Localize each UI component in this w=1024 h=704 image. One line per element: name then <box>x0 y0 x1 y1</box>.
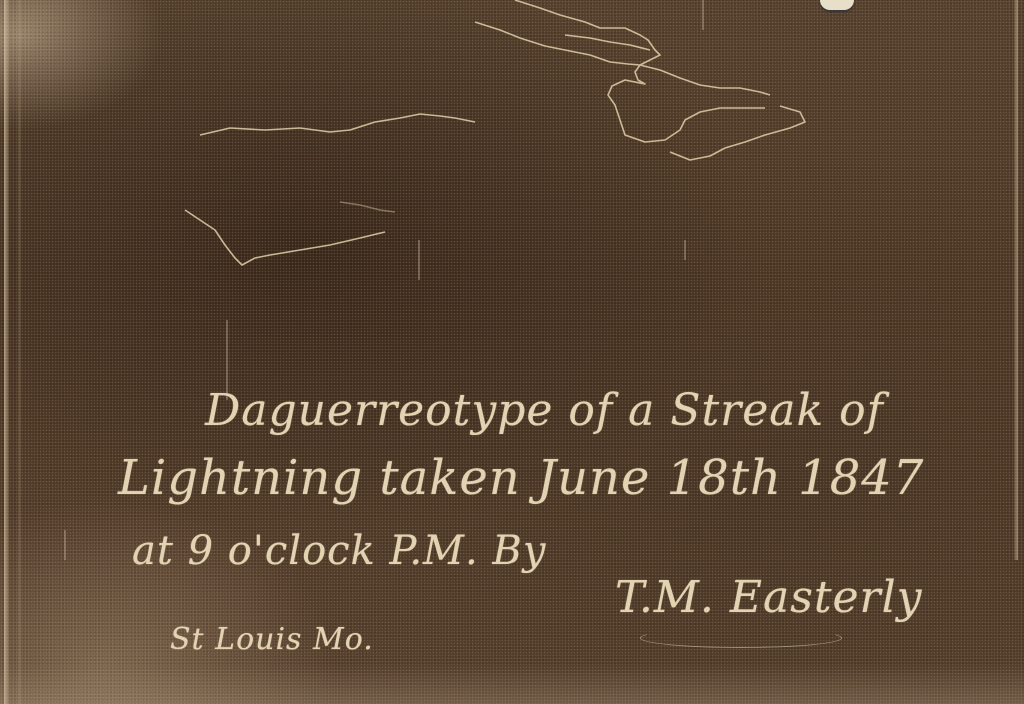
signature-flourish <box>640 628 842 648</box>
daguerreotype-plate: Daguerreotype of a Streak of Lightning t… <box>0 0 1024 704</box>
plate-scratch <box>418 240 420 280</box>
plate-scratch <box>684 240 686 260</box>
photographer-signature: T.M. Easterly <box>615 572 923 623</box>
plate-bottom-tarnish <box>0 664 1024 704</box>
plate-left-edge <box>4 0 9 704</box>
inscription-place: St Louis Mo. <box>170 622 374 657</box>
inscription-line-1: Daguerreotype of a Streak of <box>205 385 884 436</box>
plate-left-edge-inner <box>18 0 21 704</box>
plate-scratch <box>64 530 66 560</box>
plate-top-blemish <box>820 0 854 10</box>
inscription-line-2: Lightning taken June 18th 1847 <box>118 450 924 506</box>
plate-right-edge <box>1014 0 1018 560</box>
plate-scratch <box>702 0 704 30</box>
inscription-line-3: at 9 o'clock P.M. By <box>132 528 546 574</box>
